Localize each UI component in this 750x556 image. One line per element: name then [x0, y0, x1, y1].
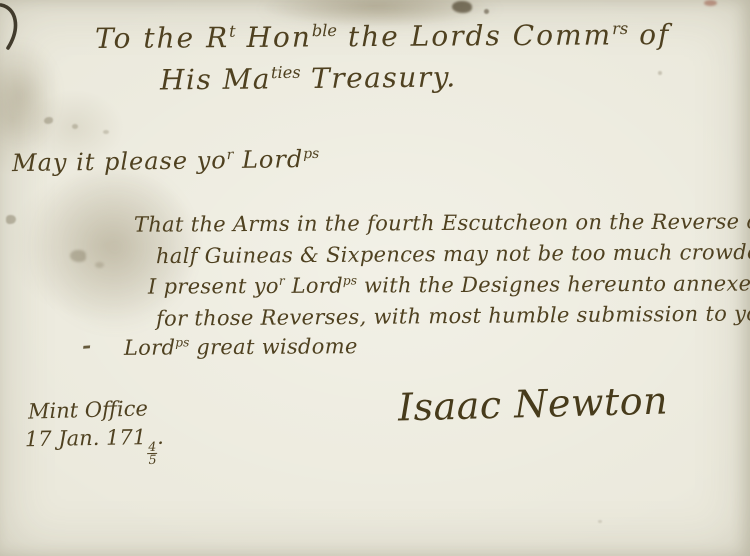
body-text: I present yo	[148, 274, 279, 299]
date-text: 17 Jan. 171	[25, 425, 147, 451]
ink-blot	[452, 1, 472, 13]
ink-speck	[598, 520, 602, 523]
body-text: Lord	[285, 274, 343, 298]
body-text: Lord	[124, 335, 175, 359]
heading-line-1: To the Rt Honble the Lords Commrs of	[95, 20, 671, 55]
heading-line-2: His Maties Treasury.	[160, 62, 457, 96]
dateline-date: 17 Jan. 17145.	[25, 426, 165, 468]
letter-page: To the Rt Honble the Lords Commrs of His…	[0, 0, 750, 556]
superscript: ps	[303, 146, 319, 162]
body-text: That the Arms in the fourth Escutcheon o…	[134, 209, 750, 236]
salutation-text: May it please yo	[12, 146, 227, 177]
body-line-5: Lordps great wisdome	[124, 335, 358, 360]
superscript: ps	[343, 274, 357, 288]
date-text: .	[157, 425, 164, 449]
dateline-office: Mint Office	[28, 397, 148, 423]
body-line-2: half Guineas & Sixpences may not be too …	[156, 241, 750, 268]
body-line-1: That the Arms in the fourth Escutcheon o…	[134, 210, 750, 236]
signature: Isaac Newton	[397, 380, 668, 429]
paper-stain	[0, 40, 60, 150]
superscript: ps	[175, 335, 189, 349]
salutation-line: May it please yor Lordps	[12, 146, 320, 177]
ink-speck	[70, 250, 86, 262]
body-text: with the Designes hereunto annexed	[357, 271, 750, 297]
ink-speck	[658, 71, 662, 75]
margin-dash: -	[81, 334, 92, 359]
ink-speck	[95, 262, 104, 268]
salutation-text: Lord	[233, 145, 303, 174]
superscript: ties	[271, 63, 301, 82]
body-text: half Guineas & Sixpences may not be too …	[156, 240, 750, 268]
superscript: rs	[612, 19, 628, 38]
ink-speck	[72, 124, 78, 129]
ink-blot	[484, 9, 489, 14]
body-line-3: I present yor Lordps with the Designes h…	[148, 272, 750, 298]
heading-text: of	[628, 18, 670, 51]
heading-text: Hon	[236, 20, 312, 54]
body-text: for those Reverses, with most humble sub…	[156, 301, 750, 330]
heading-text: Treasury.	[300, 60, 456, 95]
ink-speck	[6, 215, 16, 224]
heading-text: To the R	[95, 21, 229, 55]
superscript: ble	[312, 21, 337, 40]
body-text: great wisdome	[189, 334, 357, 359]
heading-text: His Ma	[160, 62, 271, 96]
red-speck	[704, 0, 717, 6]
ink-speck	[103, 130, 109, 134]
heading-text: the Lords Comm	[337, 18, 612, 53]
body-line-4: for those Reverses, with most humble sub…	[156, 302, 750, 330]
year-denominator: 5	[147, 454, 157, 465]
